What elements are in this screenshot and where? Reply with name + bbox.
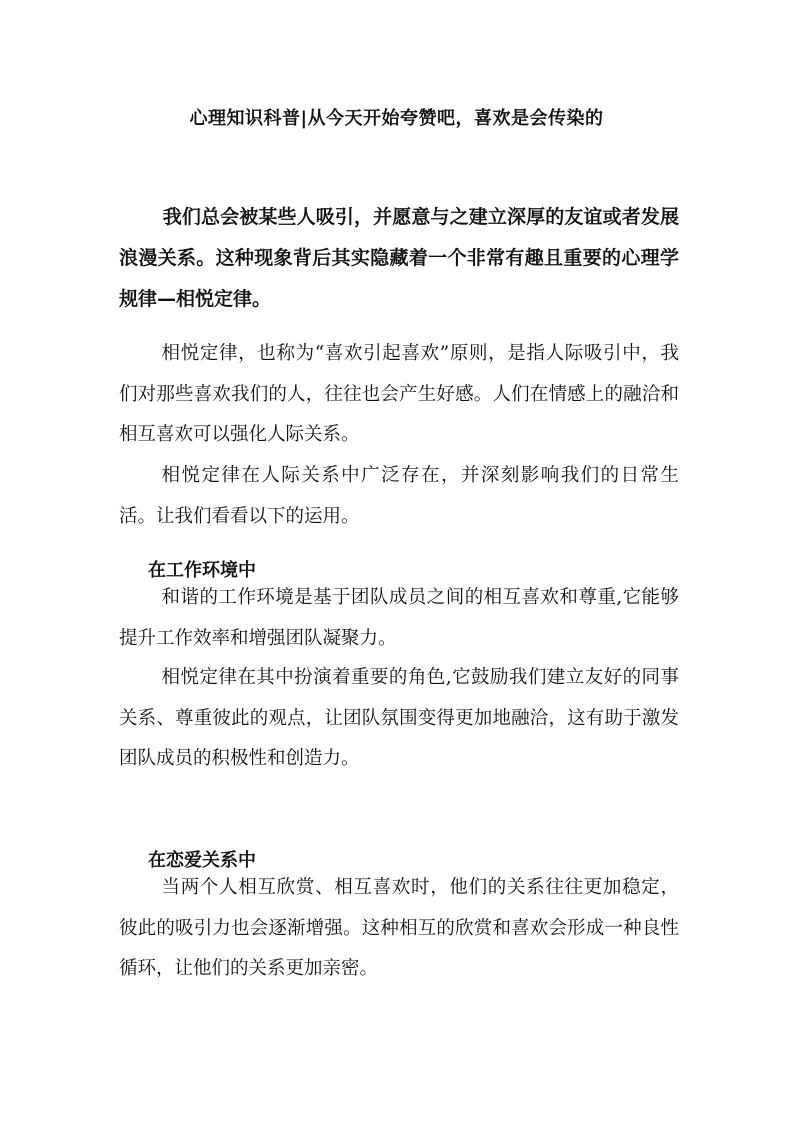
intro-paragraph: 我们总会被某些人吸引，并愿意与之建立深厚的友谊或者发展浪漫关系。这种现象背后其实… <box>119 197 679 320</box>
work-paragraph-2: 相悦定律在其中扮演着重要的角色,它鼓励我们建立友好的同事关系、尊重彼此的观点，让… <box>119 658 679 780</box>
work-paragraph-1: 和谐的工作环境是基于团队成员之间的相互喜欢和尊重,它能够提升工作效率和增强团队凝… <box>119 578 679 659</box>
document-title: 心理知识科普|从今天开始夸赞吧，喜欢是会传染的 <box>0 104 793 130</box>
body-paragraph-1: 相悦定律，也称为“喜欢引起喜欢”原则，是指人际吸引中，我们对那些喜欢我们的人，往… <box>119 334 679 456</box>
love-paragraph-1: 当两个人相互欣赏、相互喜欢时，他们的关系往往更加稳定，彼此的吸引力也会逐渐增强。… <box>119 868 679 990</box>
body-paragraph-2: 相悦定律在人际关系中广泛存在，并深刻影响我们的日常生活。让我们看看以下的运用。 <box>119 456 679 537</box>
